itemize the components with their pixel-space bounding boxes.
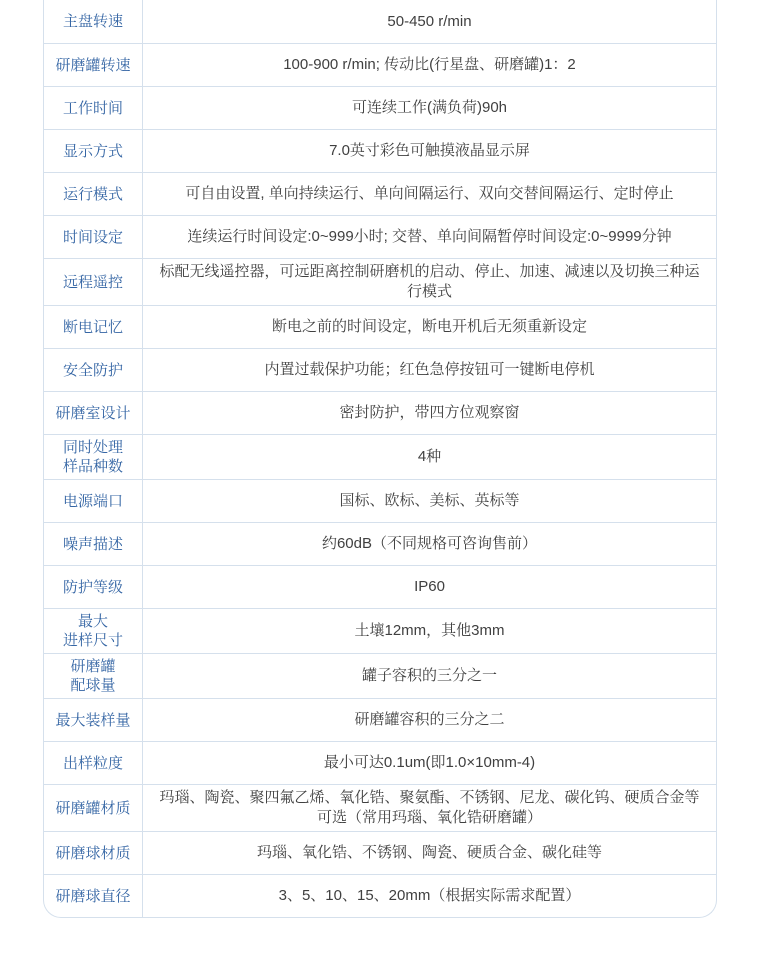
spec-value: 国标、欧标、美标、英标等	[143, 480, 716, 522]
spec-label: 运行模式	[44, 173, 143, 215]
spec-value: IP60	[143, 566, 716, 608]
spec-label: 远程遥控	[44, 259, 143, 305]
table-row: 显示方式7.0英寸彩色可触摸液晶显示屏	[44, 129, 716, 172]
table-row: 安全防护内置过载保护功能；红色急停按钮可一键断电停机	[44, 348, 716, 391]
spec-value: 3、5、10、15、20mm（根据实际需求配置）	[143, 875, 716, 917]
table-row: 同时处理样品种数4种	[44, 434, 716, 479]
spec-value: 连续运行时间设定:0~999小时; 交替、单向间隔暂停时间设定:0~9999分钟	[143, 216, 716, 258]
table-row: 运行模式可自由设置, 单向持续运行、单向间隔运行、双向交替间隔运行、定时停止	[44, 172, 716, 215]
table-row: 研磨罐配球量罐子容积的三分之一	[44, 653, 716, 698]
spec-value: 玛瑙、陶瓷、聚四氟乙烯、氧化锆、聚氨酯、不锈钢、尼龙、碳化钨、硬质合金等可选（常…	[143, 785, 716, 831]
spec-label: 研磨室设计	[44, 392, 143, 434]
table-row: 远程遥控标配无线遥控器，可远距离控制研磨机的启动、停止、加速、减速以及切换三种运…	[44, 258, 716, 305]
table-row: 防护等级IP60	[44, 565, 716, 608]
table-row: 研磨球材质玛瑙、氧化锆、不锈钢、陶瓷、硬质合金、碳化硅等	[44, 831, 716, 874]
spec-label: 研磨球材质	[44, 832, 143, 874]
spec-label: 研磨球直径	[44, 875, 143, 917]
spec-label: 研磨罐转速	[44, 44, 143, 86]
spec-label: 研磨罐配球量	[44, 654, 143, 698]
spec-label: 电源端口	[44, 480, 143, 522]
spec-value: 密封防护，带四方位观察窗	[143, 392, 716, 434]
spec-label: 工作时间	[44, 87, 143, 129]
spec-label: 时间设定	[44, 216, 143, 258]
table-row: 研磨罐材质玛瑙、陶瓷、聚四氟乙烯、氧化锆、聚氨酯、不锈钢、尼龙、碳化钨、硬质合金…	[44, 784, 716, 831]
page: 主盘转速50-450 r/min研磨罐转速100-900 r/min; 传动比(…	[0, 0, 760, 962]
spec-value: 罐子容积的三分之一	[143, 654, 716, 698]
table-row: 最大进样尺寸土壤12mm，其他3mm	[44, 608, 716, 653]
table-row: 主盘转速50-450 r/min	[44, 0, 716, 43]
spec-value: 可自由设置, 单向持续运行、单向间隔运行、双向交替间隔运行、定时停止	[143, 173, 716, 215]
spec-label: 噪声描述	[44, 523, 143, 565]
spec-label: 安全防护	[44, 349, 143, 391]
spec-value: 100-900 r/min; 传动比(行星盘、研磨罐)1：2	[143, 44, 716, 86]
spec-value: 最小可达0.1um(即1.0×10mm-4)	[143, 742, 716, 784]
spec-value: 研磨罐容积的三分之二	[143, 699, 716, 741]
spec-value: 约60dB（不同规格可咨询售前）	[143, 523, 716, 565]
spec-label: 出样粒度	[44, 742, 143, 784]
table-row: 时间设定连续运行时间设定:0~999小时; 交替、单向间隔暂停时间设定:0~99…	[44, 215, 716, 258]
table-row: 最大装样量研磨罐容积的三分之二	[44, 698, 716, 741]
table-row: 研磨罐转速100-900 r/min; 传动比(行星盘、研磨罐)1：2	[44, 43, 716, 86]
table-row: 噪声描述约60dB（不同规格可咨询售前）	[44, 522, 716, 565]
spec-label: 同时处理样品种数	[44, 435, 143, 479]
spec-table: 主盘转速50-450 r/min研磨罐转速100-900 r/min; 传动比(…	[43, 0, 717, 918]
spec-label: 显示方式	[44, 130, 143, 172]
spec-label: 主盘转速	[44, 0, 143, 43]
spec-label: 防护等级	[44, 566, 143, 608]
spec-value: 标配无线遥控器，可远距离控制研磨机的启动、停止、加速、减速以及切换三种运行模式	[143, 259, 716, 305]
spec-label: 最大进样尺寸	[44, 609, 143, 653]
spec-value: 50-450 r/min	[143, 0, 716, 43]
table-row: 出样粒度最小可达0.1um(即1.0×10mm-4)	[44, 741, 716, 784]
spec-label: 最大装样量	[44, 699, 143, 741]
spec-value: 4种	[143, 435, 716, 479]
table-row: 工作时间可连续工作(满负荷)90h	[44, 86, 716, 129]
spec-value: 可连续工作(满负荷)90h	[143, 87, 716, 129]
spec-label: 断电记忆	[44, 306, 143, 348]
table-row: 研磨室设计密封防护，带四方位观察窗	[44, 391, 716, 434]
spec-label: 研磨罐材质	[44, 785, 143, 831]
spec-value: 断电之前的时间设定，断电开机后无须重新设定	[143, 306, 716, 348]
table-row: 电源端口国标、欧标、美标、英标等	[44, 479, 716, 522]
table-row: 断电记忆断电之前的时间设定，断电开机后无须重新设定	[44, 305, 716, 348]
spec-value: 内置过载保护功能；红色急停按钮可一键断电停机	[143, 349, 716, 391]
spec-value: 玛瑙、氧化锆、不锈钢、陶瓷、硬质合金、碳化硅等	[143, 832, 716, 874]
spec-value: 7.0英寸彩色可触摸液晶显示屏	[143, 130, 716, 172]
table-row: 研磨球直径3、5、10、15、20mm（根据实际需求配置）	[44, 874, 716, 917]
spec-value: 土壤12mm，其他3mm	[143, 609, 716, 653]
